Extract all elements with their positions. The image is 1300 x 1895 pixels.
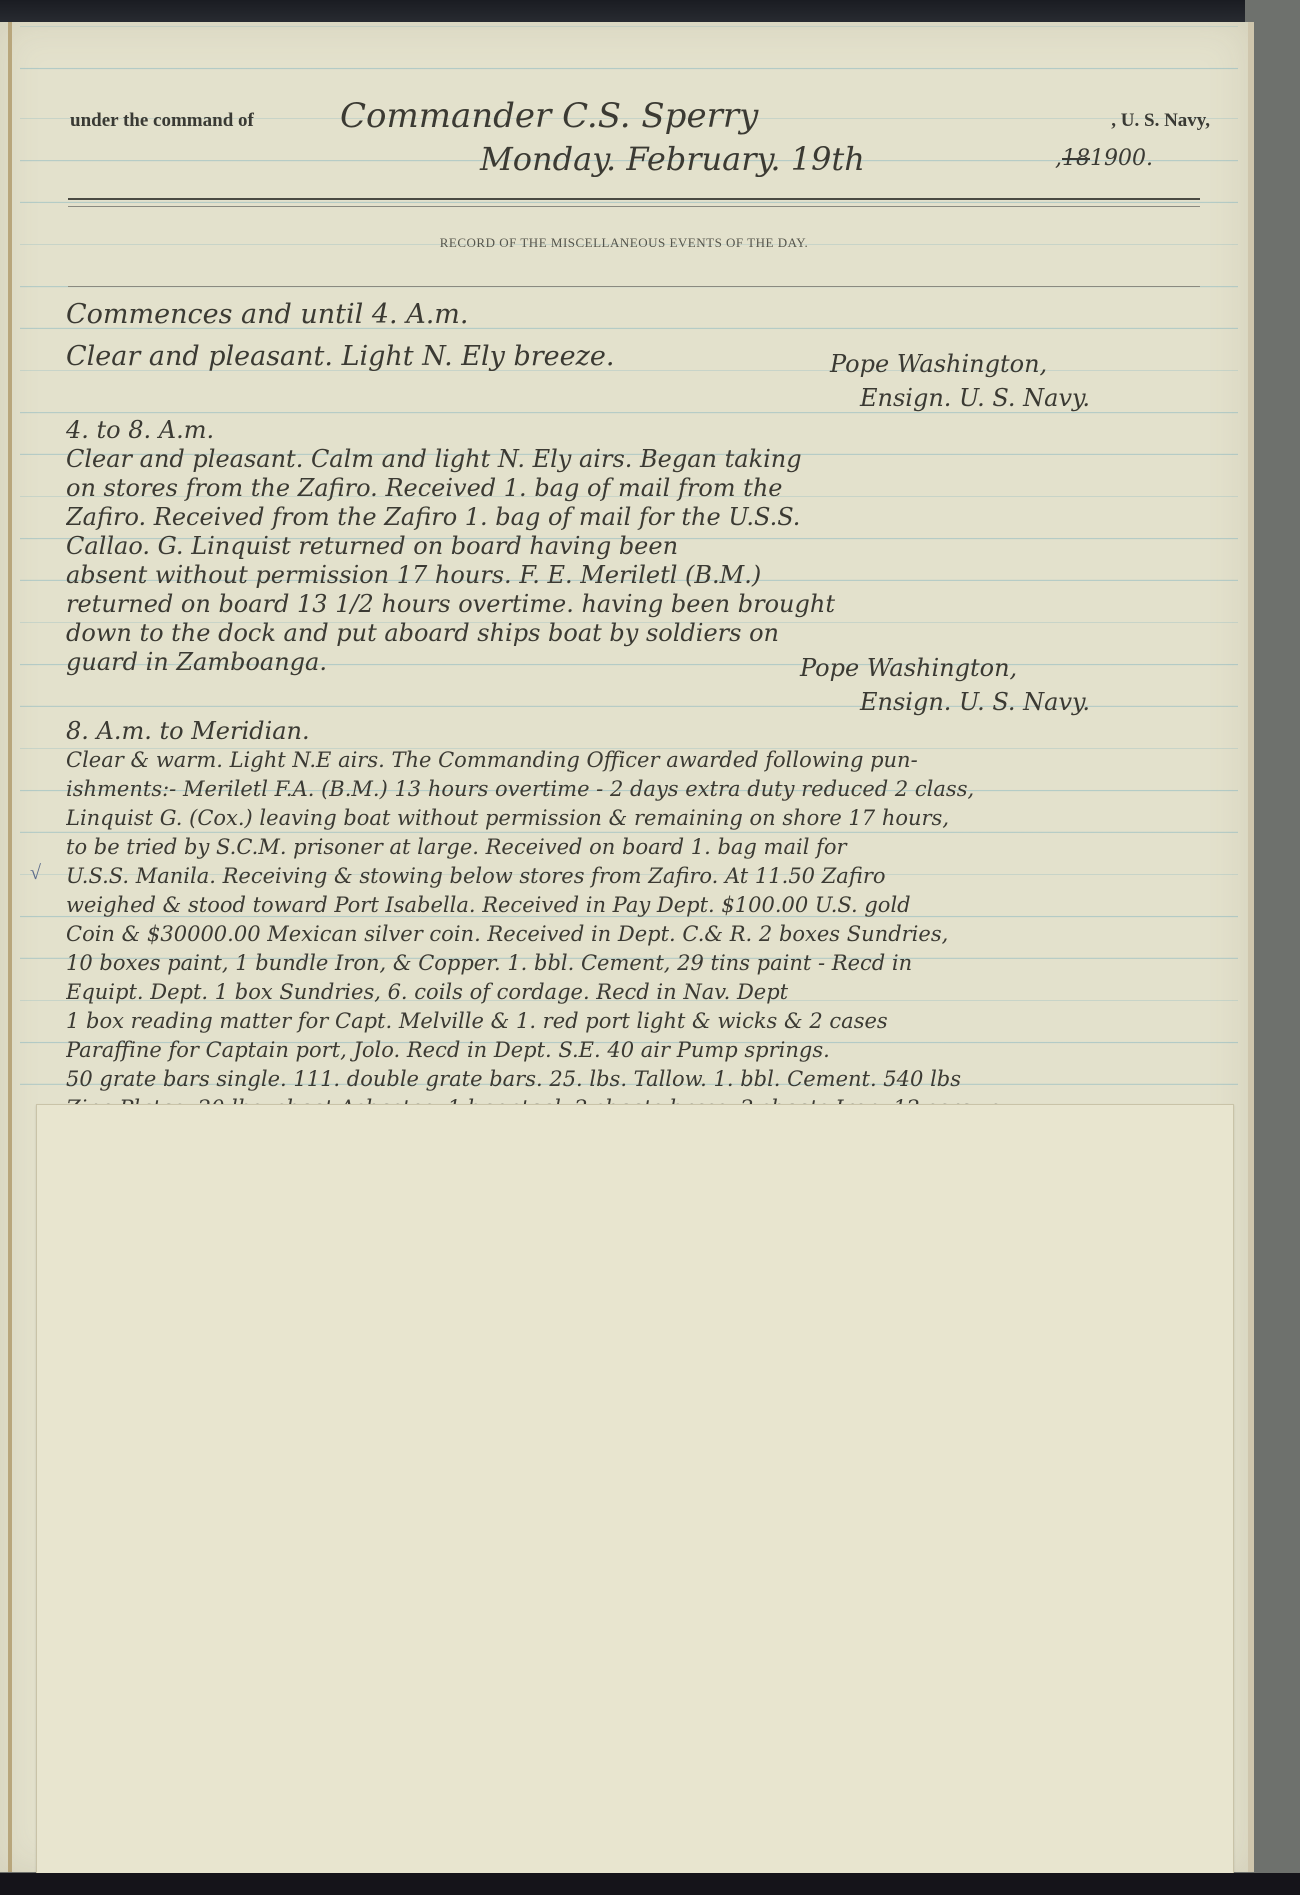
entry-line: Clear & warm. Light N.E airs. The Comman… xyxy=(66,746,1216,775)
signature-title: Ensign. U. S. Navy. xyxy=(860,384,1090,412)
entry-line: Paraffine for Captain port, Jolo. Recd i… xyxy=(66,1036,1216,1065)
entry-line: 1 box reading matter for Capt. Melville … xyxy=(66,1007,1216,1036)
year-value: 1900. xyxy=(1090,146,1153,171)
entry-line: Coin & $30000.00 Mexican silver coin. Re… xyxy=(66,920,1216,949)
record-title: RECORD OF THE MISCELLANEOUS EVENTS OF TH… xyxy=(0,235,1248,251)
log-year: ,181900. xyxy=(1055,146,1153,171)
page-binding-edge xyxy=(8,22,12,1872)
entry-line: down to the dock and put aboard ships bo… xyxy=(66,619,1216,648)
entry-line: ishments:- Meriletl F.A. (B.M.) 13 hours… xyxy=(66,775,1216,804)
watch-heading: 4. to 8. A.m. xyxy=(66,416,1216,445)
signature-title: Ensign. U. S. Navy. xyxy=(860,688,1090,716)
year-comma: , xyxy=(1055,146,1062,171)
signature-name: Pope Washington, xyxy=(830,350,1047,378)
entry-line: 10 boxes paint, 1 bundle Iron, & Copper.… xyxy=(66,949,1216,978)
entry-line: Equipt. Dept. 1 box Sundries, 6. coils o… xyxy=(66,978,1216,1007)
margin-check-mark: √ xyxy=(30,862,41,885)
title-divider xyxy=(68,286,1200,287)
entry-line: to be tried by S.C.M. prisoner at large.… xyxy=(66,833,1216,862)
command-label: under the command of xyxy=(70,110,254,132)
navy-label: , U. S. Navy, xyxy=(1111,110,1210,132)
book-cover-bottom xyxy=(0,1873,1300,1895)
watch-heading: Commences and until 4. A.m. xyxy=(66,294,1216,336)
entry-line: guard in Zamboanga. xyxy=(66,648,1216,677)
entry-line: 50 grate bars single. 111. double grate … xyxy=(66,1065,1216,1094)
entry-line: on stores from the Zafiro. Received 1. b… xyxy=(66,474,1216,503)
signature-name: Pope Washington, xyxy=(800,654,1017,682)
year-struck-prefix: 18 xyxy=(1062,146,1090,171)
blank-paper-slip xyxy=(36,1104,1234,1876)
entry-line: Callao. G. Linquist returned on board ha… xyxy=(66,532,1216,561)
log-date: Monday. February. 19th xyxy=(480,140,865,178)
entry-line: U.S.S. Manila. Receiving & stowing below… xyxy=(66,862,1216,891)
entry-line: Clear and pleasant. Calm and light N. El… xyxy=(66,445,1216,474)
entry-line: absent without permission 17 hours. F. E… xyxy=(66,561,1216,590)
watch-heading: 8. A.m. to Meridian. xyxy=(66,717,1216,746)
entry-line: weighed & stood toward Port Isabella. Re… xyxy=(66,891,1216,920)
entry-line: Zafiro. Received from the Zafiro 1. bag … xyxy=(66,503,1216,532)
entry-line: Linquist G. (Cox.) leaving boat without … xyxy=(66,804,1216,833)
commander-name: Commander C.S. Sperry xyxy=(340,96,758,136)
entry-line: returned on board 13 1/2 hours overtime.… xyxy=(66,590,1216,619)
header-divider xyxy=(68,198,1200,207)
command-header: under the command of Commander C.S. Sper… xyxy=(70,94,1210,144)
logbook-page: under the command of Commander C.S. Sper… xyxy=(0,22,1254,1872)
